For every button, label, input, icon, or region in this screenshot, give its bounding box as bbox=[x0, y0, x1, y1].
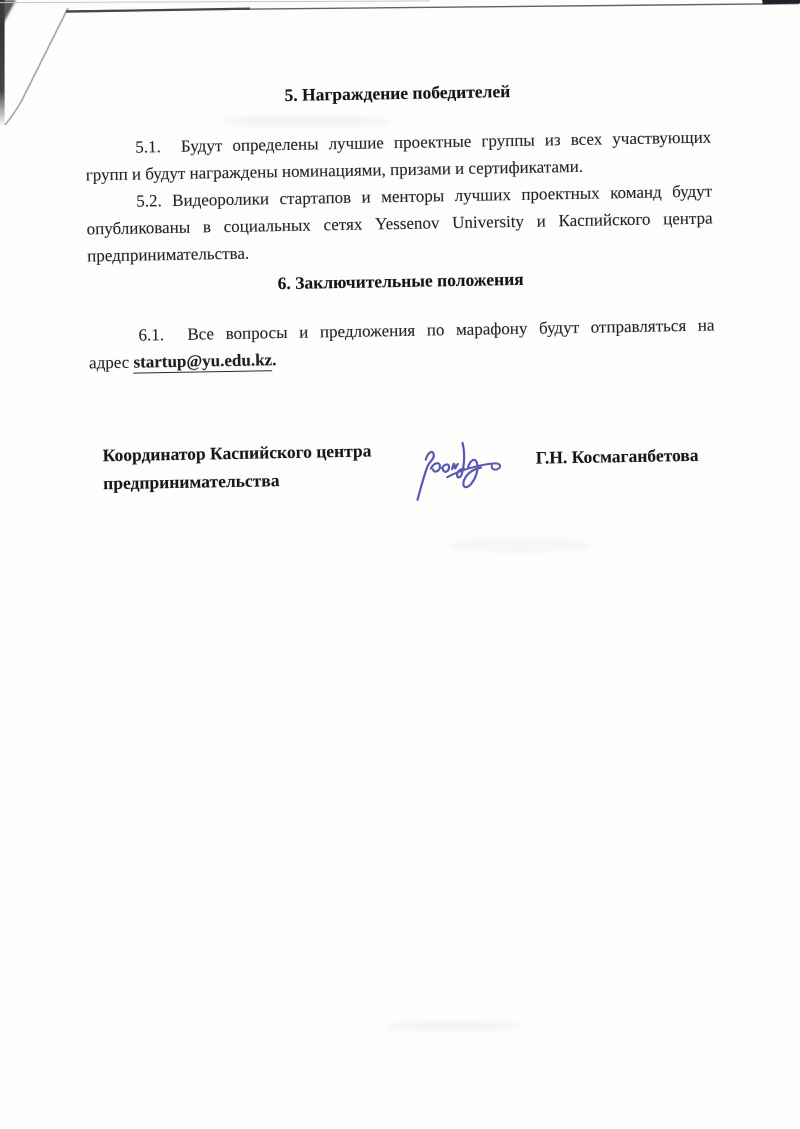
section-6-heading: 6. Заключительные положения bbox=[87, 263, 713, 300]
handwritten-signature bbox=[410, 436, 515, 512]
scanned-document-page: 5. Награждение победителей 5.1. Будут оп… bbox=[0, 0, 800, 1129]
signatory-name: Г.Н. Космаганбетова bbox=[536, 441, 756, 471]
email-suffix-text: . bbox=[272, 350, 277, 370]
section-5-heading: 5. Награждение победителей bbox=[84, 75, 710, 112]
signatory-title: Координатор Каспийского центра предприни… bbox=[102, 435, 433, 497]
email-prefix-text: адрес bbox=[89, 353, 134, 373]
signature-strokes bbox=[417, 442, 501, 499]
document-content: 5. Награждение победителей 5.1. Будут оп… bbox=[0, 0, 800, 1129]
signatory-title-line-2: предпринимательства bbox=[103, 463, 433, 497]
email-link[interactable]: startup@yu.edu.kz bbox=[133, 350, 272, 373]
